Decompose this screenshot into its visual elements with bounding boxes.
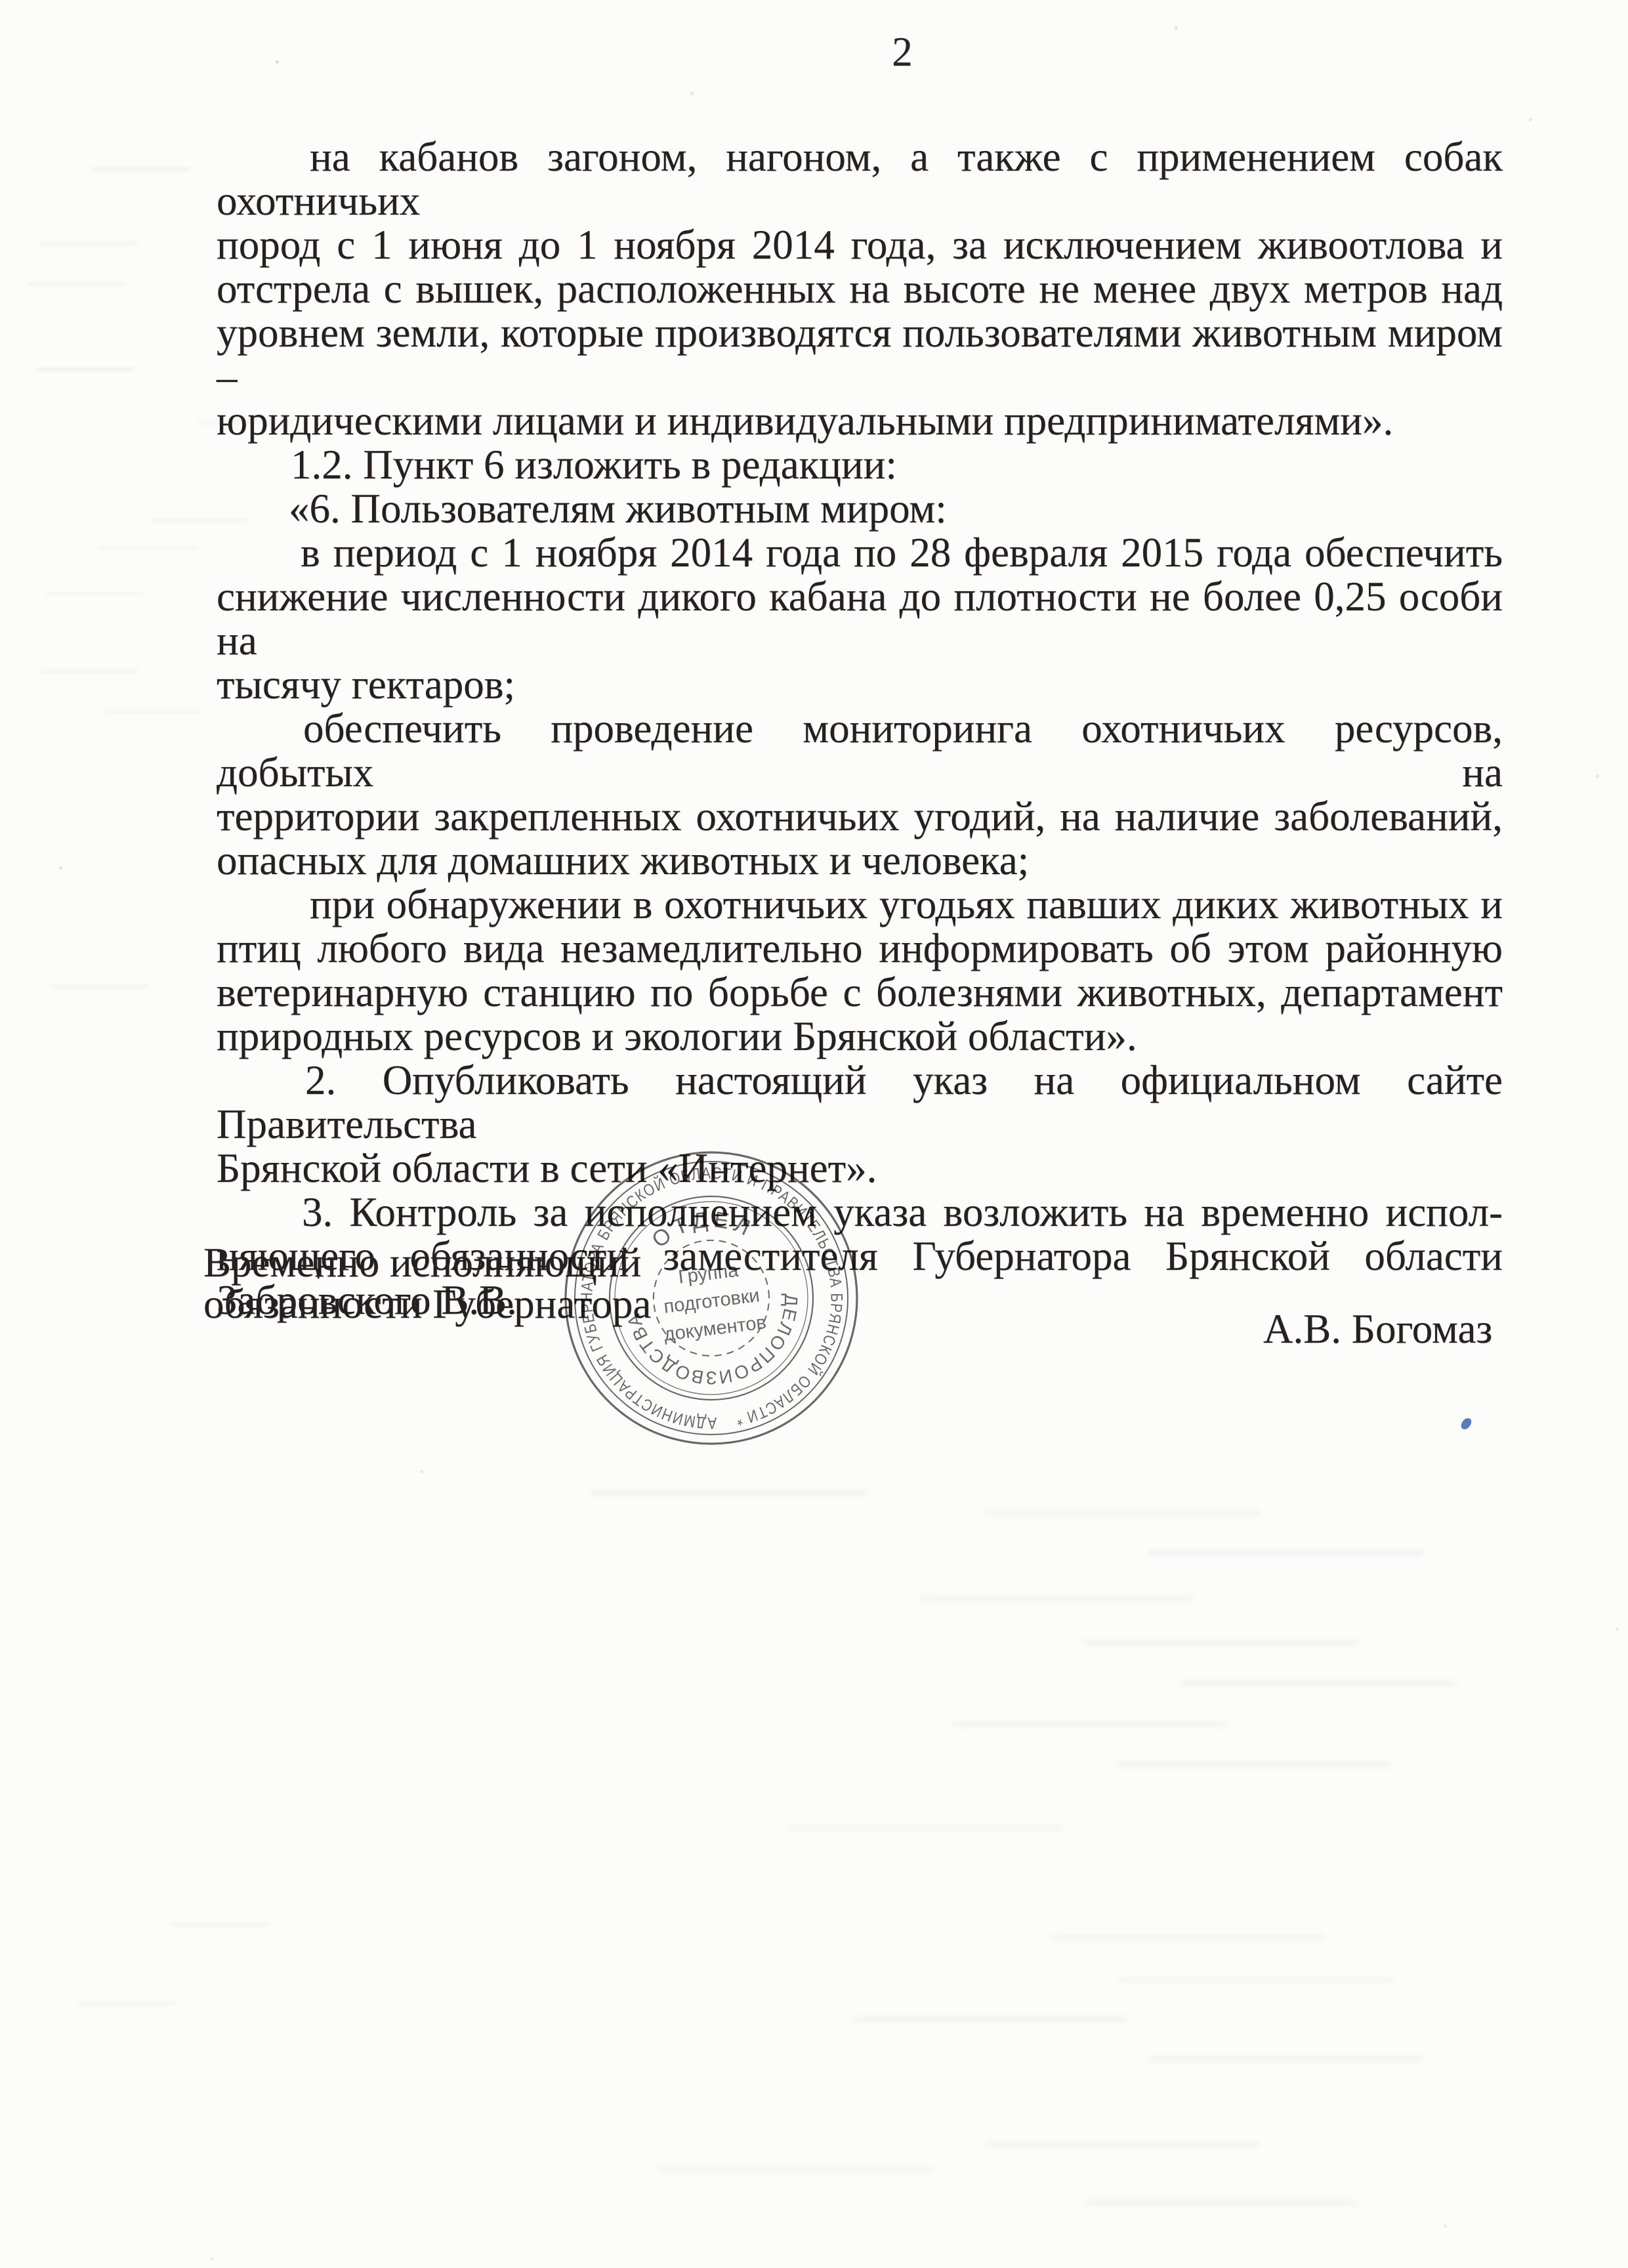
scan-artifact-specks [0, 0, 3, 3]
text-line: на кабанов загоном, нагоном, а также с п… [217, 135, 1503, 223]
text-line: пород с 1 июня до 1 ноября 2014 года, за… [217, 223, 1503, 267]
ink-dot [1459, 1416, 1474, 1431]
text-line: птиц любого вида незамедлительно информи… [217, 927, 1503, 971]
text-line: 1.2. Пункт 6 изложить в редакции: [217, 443, 1503, 487]
text-line: «6. Пользователям животным миром: [217, 487, 1503, 531]
stamp-center-line: Группа [677, 1260, 740, 1288]
text-line: 2. Опубликовать настоящий указ на официа… [217, 1059, 1503, 1146]
scanned-document-page: 2 на кабанов загоном, нагоном, а также с… [0, 0, 1628, 2268]
text-line: 3. Контроль за исполнением указа возложи… [217, 1190, 1503, 1234]
document-text: на кабанов загоном, нагоном, а также с п… [217, 135, 1503, 1322]
text-line: уровнем земли, которые производятся поль… [217, 311, 1503, 399]
scan-artifact-margin-dashes [0, 0, 98, 4]
stamp-center-line: документов [663, 1312, 768, 1345]
text-line: юридическими лицами и индивидуальными пр… [217, 399, 1503, 443]
paragraph: 2. Опубликовать настоящий указ на официа… [217, 1059, 1503, 1190]
paragraph: 1.2. Пункт 6 изложить в редакции: [217, 443, 1503, 487]
text-line: при обнаружении в охотничьих угодьях пав… [217, 883, 1503, 927]
text-line: отстрела с вышек, расположенных на высот… [217, 267, 1503, 311]
paragraph: при обнаружении в охотничьих угодьях пав… [217, 883, 1503, 1059]
paragraph: на кабанов загоном, нагоном, а также с п… [217, 135, 1503, 443]
paragraph: «6. Пользователям животным миром: [217, 487, 1503, 531]
signatory-name: А.В. Богомаз [1263, 1309, 1492, 1350]
paragraph: в период с 1 ноября 2014 года по 28 февр… [217, 531, 1503, 707]
text-line: Брянской области в сети «Интернет». [217, 1146, 1503, 1190]
text-line: обеспечить проведение мониторинга охотни… [217, 707, 1503, 795]
official-round-stamp: АДМИНИСТРАЦИЯ ГУБЕРНАТОРА БРЯНСКОЙ ОБЛАС… [563, 1150, 860, 1446]
text-line: в период с 1 ноября 2014 года по 28 февр… [217, 531, 1503, 575]
page-number: 2 [873, 30, 932, 74]
stamp-center-line: подготовки [663, 1285, 761, 1318]
text-line: природных ресурсов и экологии Брянской о… [217, 1015, 1503, 1059]
stamp-center-text: Группа подготовки документов [656, 1257, 768, 1345]
text-line: опасных для домашних животных и человека… [217, 839, 1503, 883]
text-line: снижение численности дикого кабана до пл… [217, 575, 1503, 663]
text-line: территории закрепленных охотничьих угоди… [217, 795, 1503, 839]
paragraph: обеспечить проведение мониторинга охотни… [217, 707, 1503, 883]
text-line: ветеринарную станцию по борьбе с болезня… [217, 971, 1503, 1015]
text-line: тысячу гектаров; [217, 663, 1503, 707]
